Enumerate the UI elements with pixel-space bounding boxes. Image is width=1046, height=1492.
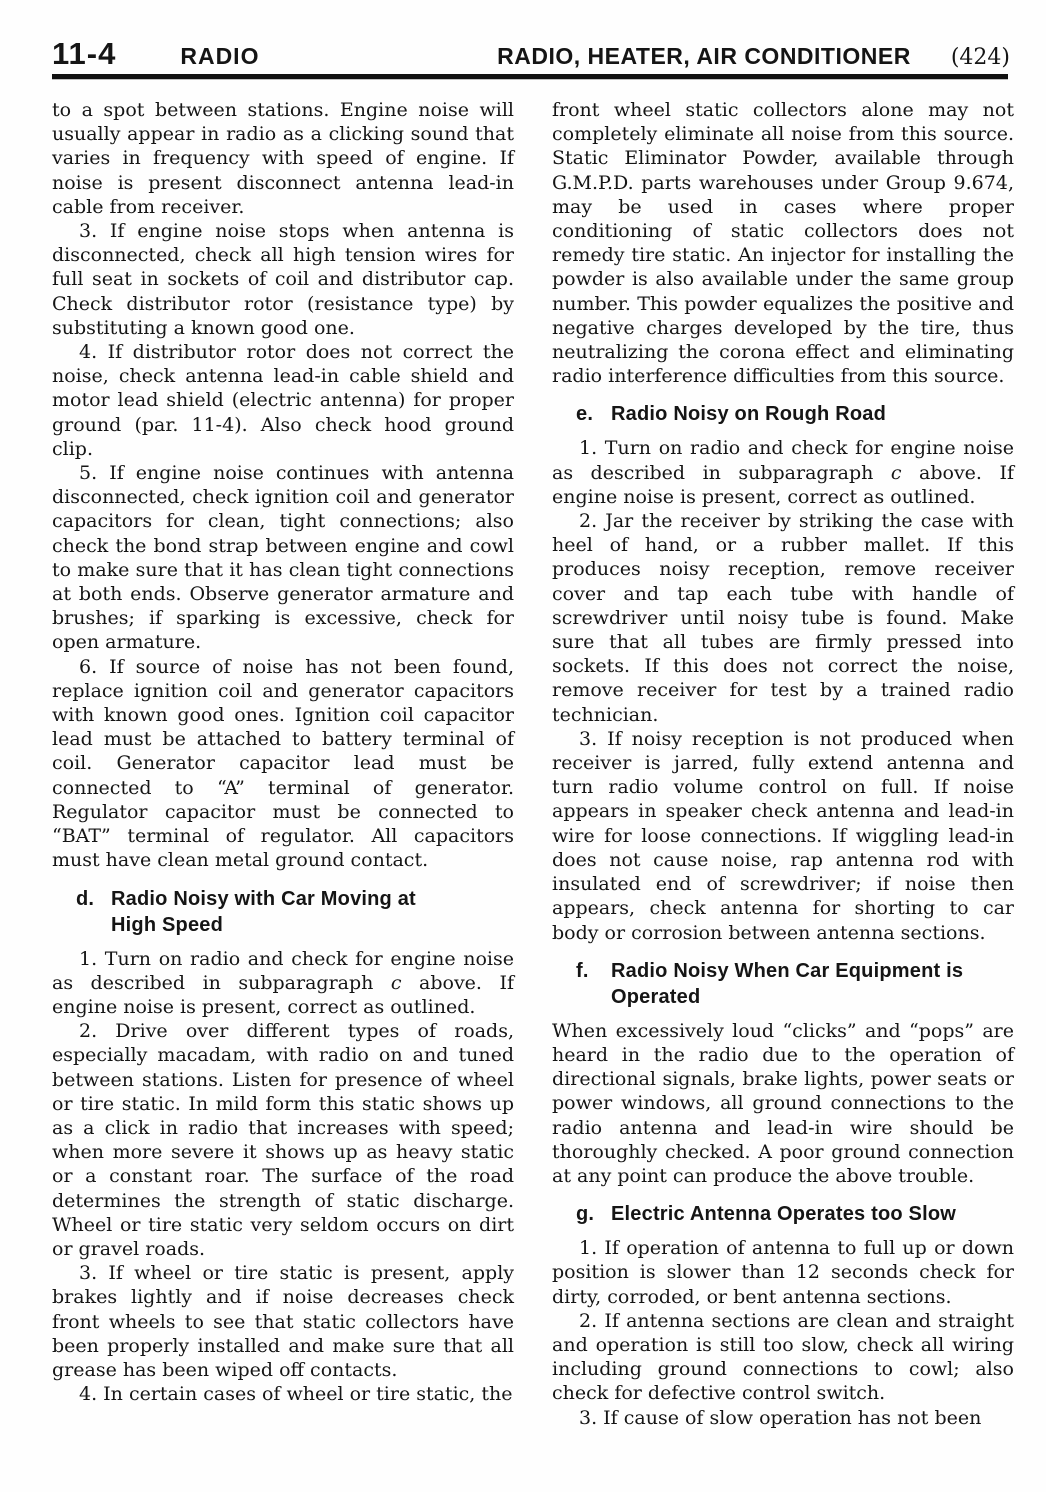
g-item-1: 1. If operation of antenna to full up or…	[552, 1236, 1014, 1309]
subsection-heading-f: f. Radio Noisy When Car Equipment is Ope…	[576, 958, 1014, 1010]
d-item-3: 3. If wheel or tire static is present, a…	[52, 1261, 514, 1382]
subsection-heading-e: e. Radio Noisy on Rough Road	[576, 401, 1014, 427]
subsection-heading-d: d. Radio Noisy with Car Moving at High S…	[76, 886, 514, 938]
d-item-2: 2. Drive over different types of roads, …	[52, 1019, 514, 1261]
f-paragraph: When excessively loud “clicks” and “pops…	[552, 1019, 1014, 1188]
header-chapter-title: RADIO, HEATER, AIR CONDITIONER	[497, 43, 911, 70]
page-number: 11-4	[52, 36, 116, 72]
subsection-label: d.	[76, 886, 111, 938]
d-item-4: 4. In certain cases of wheel or tire sta…	[52, 1382, 514, 1406]
e-item-1: 1. Turn on radio and check for engine no…	[552, 436, 1014, 509]
paragraph-continuation: front wheel static collectors alone may …	[552, 98, 1014, 388]
right-column: front wheel static collectors alone may …	[552, 98, 1014, 1430]
subsection-label: f.	[576, 958, 611, 1010]
g-item-2: 2. If antenna sections are clean and str…	[552, 1309, 1014, 1406]
paragraph-continuation: to a spot between stations. Engine noise…	[52, 98, 514, 219]
header-rule	[52, 74, 1008, 79]
g-item-3: 3. If cause of slow operation has not be…	[552, 1406, 1014, 1430]
numbered-item-5: 5. If engine noise continues with antenn…	[52, 461, 514, 655]
header-right-group: RADIO, HEATER, AIR CONDITIONER (424)	[497, 43, 1010, 70]
italic-variable: c	[891, 462, 902, 484]
page-body: to a spot between stations. Engine noise…	[52, 98, 1014, 1430]
left-column: to a spot between stations. Engine noise…	[52, 98, 514, 1430]
italic-variable: c	[391, 972, 402, 994]
page-header: 11-4 RADIO RADIO, HEATER, AIR CONDITIONE…	[52, 36, 1010, 72]
header-page-ref: (424)	[951, 45, 1010, 70]
numbered-item-3: 3. If engine noise stops when antenna is…	[52, 219, 514, 340]
header-section-title: RADIO	[180, 43, 259, 70]
subsection-title: Radio Noisy When Car Equipment is Operat…	[611, 958, 1014, 1010]
subsection-label: e.	[576, 401, 611, 427]
subsection-title: Radio Noisy with Car Moving at High Spee…	[111, 886, 514, 938]
numbered-item-6: 6. If source of noise has not been found…	[52, 655, 514, 873]
numbered-item-4: 4. If distributor rotor does not correct…	[52, 340, 514, 461]
subsection-label: g.	[576, 1201, 611, 1227]
e-item-2: 2. Jar the receiver by striking the case…	[552, 509, 1014, 727]
subsection-title: Radio Noisy on Rough Road	[611, 401, 1014, 427]
manual-page: 11-4 RADIO RADIO, HEATER, AIR CONDITIONE…	[0, 0, 1046, 1492]
e-item-3: 3. If noisy reception is not produced wh…	[552, 727, 1014, 945]
subsection-title: Electric Antenna Operates too Slow	[611, 1201, 1014, 1227]
subsection-heading-g: g. Electric Antenna Operates too Slow	[576, 1201, 1014, 1227]
d-item-1: 1. Turn on radio and check for engine no…	[52, 947, 514, 1020]
